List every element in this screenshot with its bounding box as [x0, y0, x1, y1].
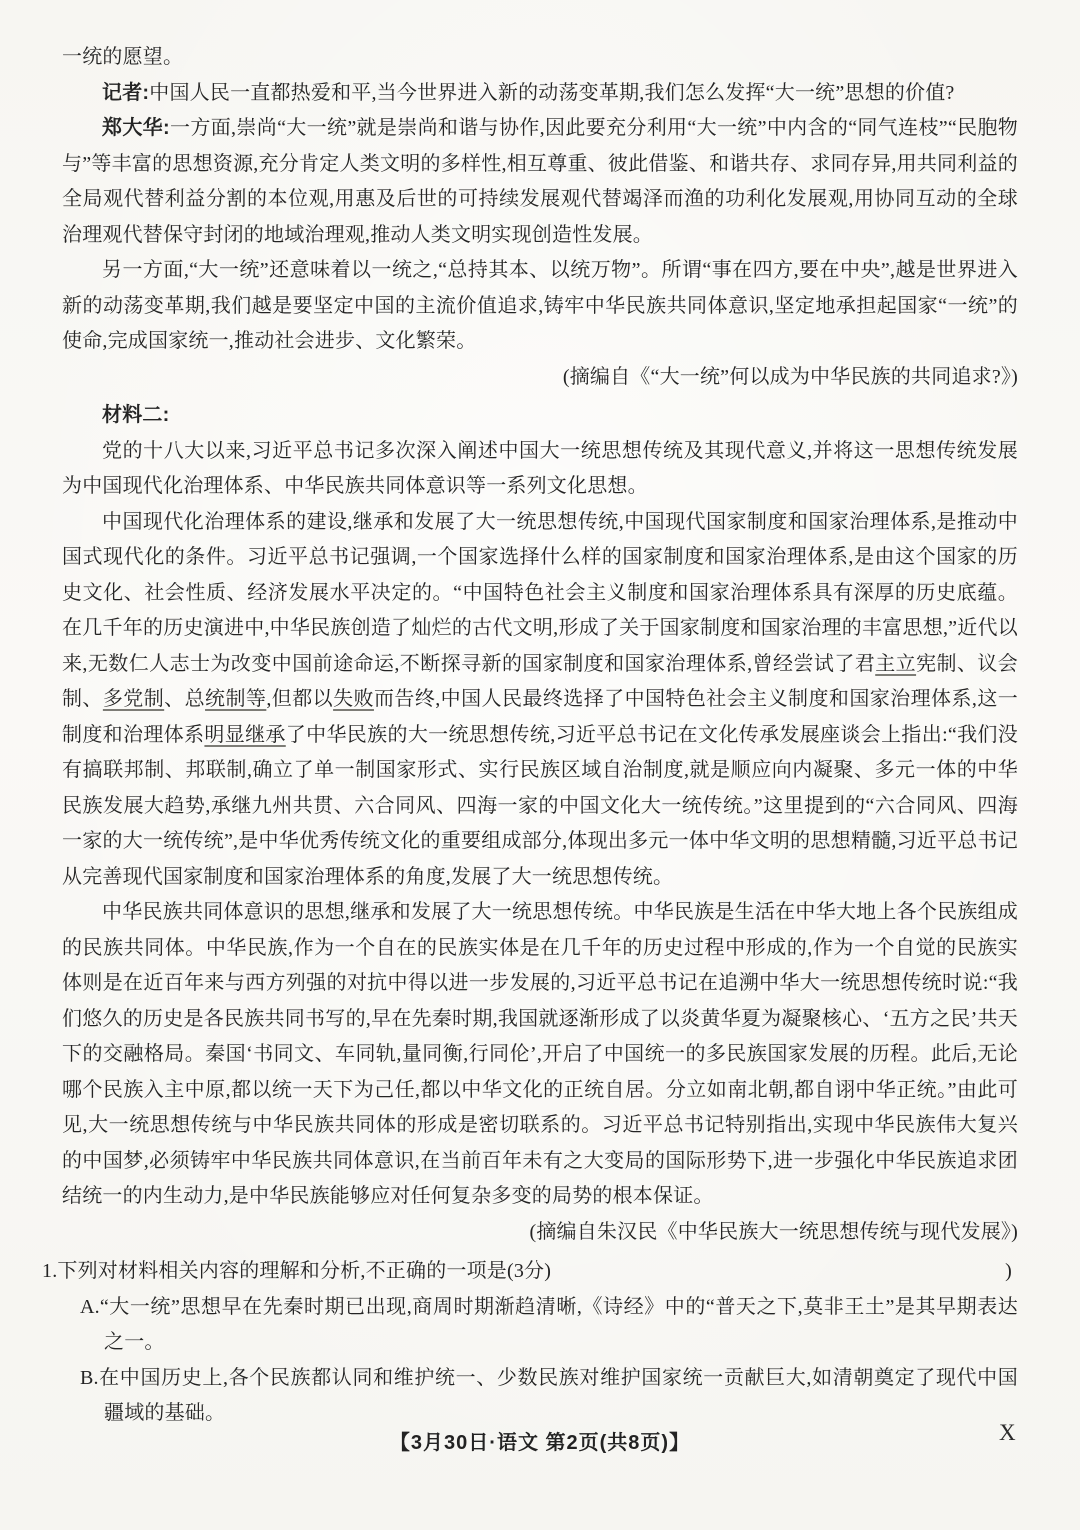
text-run: 1.下列对材料相关内容的理解和分析,不正确的一项是(3分)	[42, 1260, 551, 1282]
text-run: A.“大一统”思想早在先秦时期已出现,商周时期渐趋清晰,《诗经》中的“普天之下,…	[80, 1296, 1018, 1354]
text-run: 一方面,崇尚“大一统”就是崇尚和谐与协作,因此要充分利用“大一统”中内含的“同气…	[62, 117, 1018, 246]
text-run: 中国现代化治理体系的建设,继承和发展了大一统思想传统,中国现代国家制度和国家治理…	[62, 511, 1018, 675]
text-run: ,但都以	[266, 688, 333, 710]
text-run: 、总	[164, 688, 205, 710]
underlined-text: 多党制	[103, 688, 164, 710]
page-footer: 【3月30日·语文 第2页(共8页)】	[0, 1426, 1080, 1455]
text-run: 中国人民一直都热爱和平,当今世界进入新的动荡变革期,我们怎么发挥“大一统”思想的…	[149, 82, 954, 104]
underlined-text: 主立	[875, 653, 916, 675]
document-content: 一统的愿望。记者:中国人民一直都热爱和平,当今世界进入新的动荡变革期,我们怎么发…	[62, 40, 1018, 1432]
speaker-label: 郑大华:	[102, 117, 170, 139]
underlined-text: 失败	[333, 688, 374, 710]
scanned-exam-page: { "document": { "blocks": [ { "type": "p…	[0, 0, 1080, 1530]
text-run: (摘编自朱汉民《中华民族大一统思想传统与现代发展》)	[529, 1221, 1018, 1243]
paragraph: 郑大华:一方面,崇尚“大一统”就是崇尚和谐与协作,因此要充分利用“大一统”中内含…	[62, 111, 1018, 253]
underlined-text: 明显继承	[204, 724, 285, 746]
option-item: A.“大一统”思想早在先秦时期已出现,商周时期渐趋清晰,《诗经》中的“普天之下,…	[62, 1290, 1018, 1361]
attribution-line: (摘编自朱汉民《中华民族大一统思想传统与现代发展》)	[62, 1215, 1018, 1251]
footer-page-info: 【3月30日·语文 第2页(共8页)】	[390, 1432, 690, 1454]
underlined-text: 统制等	[205, 688, 266, 710]
footer-mark: X	[999, 1420, 1016, 1446]
attribution-line: (摘编自《“大一统”何以成为中华民族的共同追求?》)	[62, 360, 1018, 396]
paragraph: 党的十八大以来,习近平总书记多次深入阐述中国大一统思想传统及其现代意义,并将这一…	[62, 434, 1018, 505]
text-run: B.在中国历史上,各个民族都认同和维护统一、少数民族对维护国家统一贡献巨大,如清…	[80, 1367, 1018, 1425]
paragraph: 中国现代化治理体系的建设,继承和发展了大一统思想传统,中国现代国家制度和国家治理…	[62, 505, 1018, 896]
continuation-line: 一统的愿望。	[62, 40, 1018, 76]
speaker-label: 记者:	[102, 82, 149, 104]
paragraph: 记者:中国人民一直都热爱和平,当今世界进入新的动荡变革期,我们怎么发挥“大一统”…	[62, 76, 1018, 112]
text-run: 党的十八大以来,习近平总书记多次深入阐述中国大一统思想传统及其现代意义,并将这一…	[62, 440, 1018, 498]
text-run: 材料二:	[102, 404, 169, 426]
text-run: 了中华民族的大一统思想传统,习近平总书记在文化传承发展座谈会上指出:“我们没有搞…	[62, 724, 1018, 888]
section-heading: 材料二:	[62, 398, 1018, 434]
text-run: (摘编自《“大一统”何以成为中华民族的共同追求?》)	[563, 366, 1018, 388]
question-item: )1.下列对材料相关内容的理解和分析,不正确的一项是(3分)	[42, 1254, 1018, 1290]
option-item: B.在中国历史上,各个民族都认同和维护统一、少数民族对维护国家统一贡献巨大,如清…	[62, 1361, 1018, 1432]
paragraph: 另一方面,“大一统”还意味着以一统之,“总持其本、以统万物”。所谓“事在四方,要…	[62, 253, 1018, 360]
paragraph: 中华民族共同体意识的思想,继承和发展了大一统思想传统。中华民族是生活在中华大地上…	[62, 895, 1018, 1215]
text-run: 中华民族共同体意识的思想,继承和发展了大一统思想传统。中华民族是生活在中华大地上…	[62, 901, 1018, 1207]
text-run: 一统的愿望。	[62, 46, 183, 68]
answer-bracket: )	[1005, 1254, 1012, 1290]
text-run: 另一方面,“大一统”还意味着以一统之,“总持其本、以统万物”。所谓“事在四方,要…	[62, 259, 1018, 352]
